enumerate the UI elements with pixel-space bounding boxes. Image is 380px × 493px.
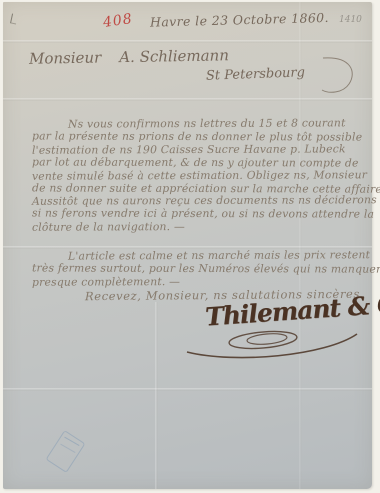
catalog-number: 1410 bbox=[339, 15, 362, 25]
recipient-line: MonsieurA. Schliemann bbox=[29, 46, 229, 67]
corner-mark bbox=[10, 13, 18, 24]
letter-paragraph-2: L'article est calme et ns marché mais le… bbox=[32, 250, 364, 289]
letter-paper: 408 Havre le 23 Octobre 1860. 1410 Monsi… bbox=[3, 2, 372, 489]
recipient-city: St Petersbourg bbox=[206, 65, 305, 83]
recipient-salutation: Monsieur bbox=[29, 48, 102, 67]
letter-paragraph-1: Ns vous confirmons ns lettres du 15 et 8… bbox=[32, 118, 364, 234]
fold-crease bbox=[3, 388, 372, 391]
recipient-name: A. Schliemann bbox=[119, 46, 229, 66]
letter-line: très fermes surtout, pour les Numéros él… bbox=[32, 262, 364, 276]
signature-flourish bbox=[175, 320, 365, 362]
fold-crease bbox=[3, 40, 372, 43]
scanned-letter: 408 Havre le 23 Octobre 1860. 1410 Monsi… bbox=[0, 0, 380, 493]
archive-stamp bbox=[45, 430, 85, 473]
fold-crease bbox=[155, 302, 158, 489]
letter-line: clôture de la navigation. — bbox=[32, 221, 364, 235]
city-flourish bbox=[321, 54, 357, 96]
archive-number: 408 bbox=[102, 11, 134, 31]
fold-crease bbox=[3, 98, 372, 101]
dateline: Havre le 23 Octobre 1860. bbox=[150, 9, 350, 29]
